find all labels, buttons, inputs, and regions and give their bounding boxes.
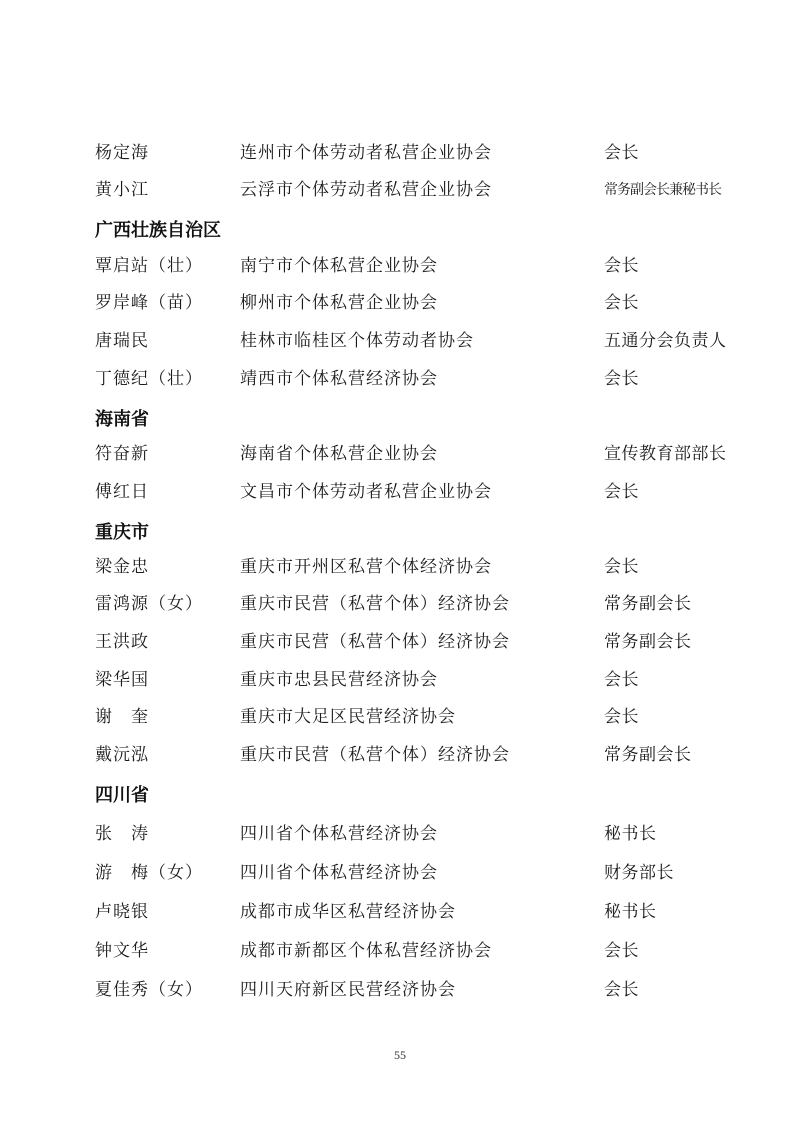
- member-title: 常务副会长: [604, 627, 692, 657]
- member-title: 常务副会长兼秘书长: [604, 175, 721, 205]
- list-item: 梁华国 重庆市忠县民营经济协会 会长: [0, 665, 800, 695]
- list-item: 罗岸峰（苗） 柳州市个体私营企业协会 会长: [0, 288, 800, 318]
- member-organization: 海南省个体私营企业协会: [240, 439, 438, 469]
- list-item: 梁金忠 重庆市开州区私营个体经济协会 会长: [0, 552, 800, 582]
- member-organization: 柳州市个体私营企业协会: [240, 288, 438, 318]
- list-item: 覃启站（壮） 南宁市个体私营企业协会 会长: [0, 251, 800, 281]
- member-name: 王洪政: [95, 627, 149, 657]
- member-name: 丁德纪（壮）: [95, 364, 203, 394]
- member-organization: 文昌市个体劳动者私营企业协会: [240, 477, 492, 507]
- member-name: 游 梅（女）: [95, 858, 203, 888]
- member-title: 会长: [604, 288, 639, 318]
- member-title: 会长: [604, 552, 639, 582]
- member-organization: 重庆市忠县民营经济协会: [240, 665, 438, 695]
- member-title: 常务副会长: [604, 740, 692, 770]
- member-title: 宣传教育部部长: [604, 439, 727, 469]
- member-name: 谢 奎: [95, 702, 149, 732]
- list-item: 夏佳秀（女） 四川天府新区民营经济协会 会长: [0, 975, 800, 1005]
- member-organization: 重庆市民营（私营个体）经济协会: [240, 627, 510, 657]
- member-title: 秘书长: [604, 897, 657, 927]
- list-item: 王洪政 重庆市民营（私营个体）经济协会 常务副会长: [0, 627, 800, 657]
- member-name: 梁华国: [95, 665, 149, 695]
- list-item: 傅红日 文昌市个体劳动者私营企业协会 会长: [0, 477, 800, 507]
- member-name: 杨定海: [95, 138, 149, 168]
- member-name: 罗岸峰（苗）: [95, 288, 203, 318]
- member-name: 卢晓银: [95, 897, 149, 927]
- list-item: 符奋新 海南省个体私营企业协会 宣传教育部部长: [0, 439, 800, 469]
- member-organization: 重庆市民营（私营个体）经济协会: [240, 740, 510, 770]
- list-item: 唐瑞民 桂林市临桂区个体劳动者协会 五通分会负责人: [0, 326, 800, 356]
- member-title: 会长: [604, 665, 639, 695]
- member-name: 戴沅泓: [95, 740, 149, 770]
- list-item: 钟文华 成都市新都区个体私营经济协会 会长: [0, 936, 800, 966]
- member-organization: 桂林市临桂区个体劳动者协会: [240, 326, 474, 356]
- list-item: 黄小江 云浮市个体劳动者私营企业协会 常务副会长兼秘书长: [0, 175, 800, 205]
- section-heading-guangxi: 广西壮族自治区: [95, 216, 221, 246]
- list-item: 杨定海 连州市个体劳动者私营企业协会 会长: [0, 138, 800, 168]
- member-title: 秘书长: [604, 819, 657, 849]
- list-item: 游 梅（女） 四川省个体私营经济协会 财务部长: [0, 858, 800, 888]
- section-heading-sichuan: 四川省: [95, 781, 149, 811]
- member-name: 覃启站（壮）: [95, 251, 203, 281]
- member-title: 会长: [604, 936, 639, 966]
- list-item: 谢 奎 重庆市大足区民营经济协会 会长: [0, 702, 800, 732]
- member-organization: 靖西市个体私营经济协会: [240, 364, 438, 394]
- member-organization: 成都市新都区个体私营经济协会: [240, 936, 492, 966]
- member-title: 会长: [604, 364, 639, 394]
- list-item: 张 涛 四川省个体私营经济协会 秘书长: [0, 819, 800, 849]
- page-number: 55: [0, 1048, 800, 1063]
- member-organization: 重庆市民营（私营个体）经济协会: [240, 589, 510, 619]
- member-title: 会长: [604, 702, 639, 732]
- member-title: 会长: [604, 477, 639, 507]
- member-organization: 四川天府新区民营经济协会: [240, 975, 456, 1005]
- member-organization: 重庆市开州区私营个体经济协会: [240, 552, 492, 582]
- member-title: 会长: [604, 251, 639, 281]
- member-title: 会长: [604, 138, 639, 168]
- section-heading-hainan: 海南省: [95, 405, 149, 435]
- member-name: 钟文华: [95, 936, 149, 966]
- member-organization: 云浮市个体劳动者私营企业协会: [240, 175, 492, 205]
- member-name: 张 涛: [95, 819, 149, 849]
- member-name: 符奋新: [95, 439, 149, 469]
- member-organization: 重庆市大足区民营经济协会: [240, 702, 456, 732]
- member-organization: 南宁市个体私营企业协会: [240, 251, 438, 281]
- member-title: 五通分会负责人: [604, 326, 727, 356]
- member-organization: 四川省个体私营经济协会: [240, 819, 438, 849]
- member-organization: 连州市个体劳动者私营企业协会: [240, 138, 492, 168]
- list-item: 卢晓银 成都市成华区私营经济协会 秘书长: [0, 897, 800, 927]
- member-title: 会长: [604, 975, 639, 1005]
- list-item: 丁德纪（壮） 靖西市个体私营经济协会 会长: [0, 364, 800, 394]
- member-title: 常务副会长: [604, 589, 692, 619]
- member-organization: 成都市成华区私营经济协会: [240, 897, 456, 927]
- list-item: 雷鸿源（女） 重庆市民营（私营个体）经济协会 常务副会长: [0, 589, 800, 619]
- member-name: 梁金忠: [95, 552, 149, 582]
- list-item: 戴沅泓 重庆市民营（私营个体）经济协会 常务副会长: [0, 740, 800, 770]
- member-name: 黄小江: [95, 175, 149, 205]
- member-name: 傅红日: [95, 477, 149, 507]
- member-name: 夏佳秀（女）: [95, 975, 203, 1005]
- member-title: 财务部长: [604, 858, 674, 888]
- member-organization: 四川省个体私营经济协会: [240, 858, 438, 888]
- member-name: 唐瑞民: [95, 326, 149, 356]
- document-page: 杨定海 连州市个体劳动者私营企业协会 会长 黄小江 云浮市个体劳动者私营企业协会…: [0, 0, 800, 1131]
- section-heading-chongqing: 重庆市: [95, 518, 149, 548]
- member-name: 雷鸿源（女）: [95, 589, 203, 619]
